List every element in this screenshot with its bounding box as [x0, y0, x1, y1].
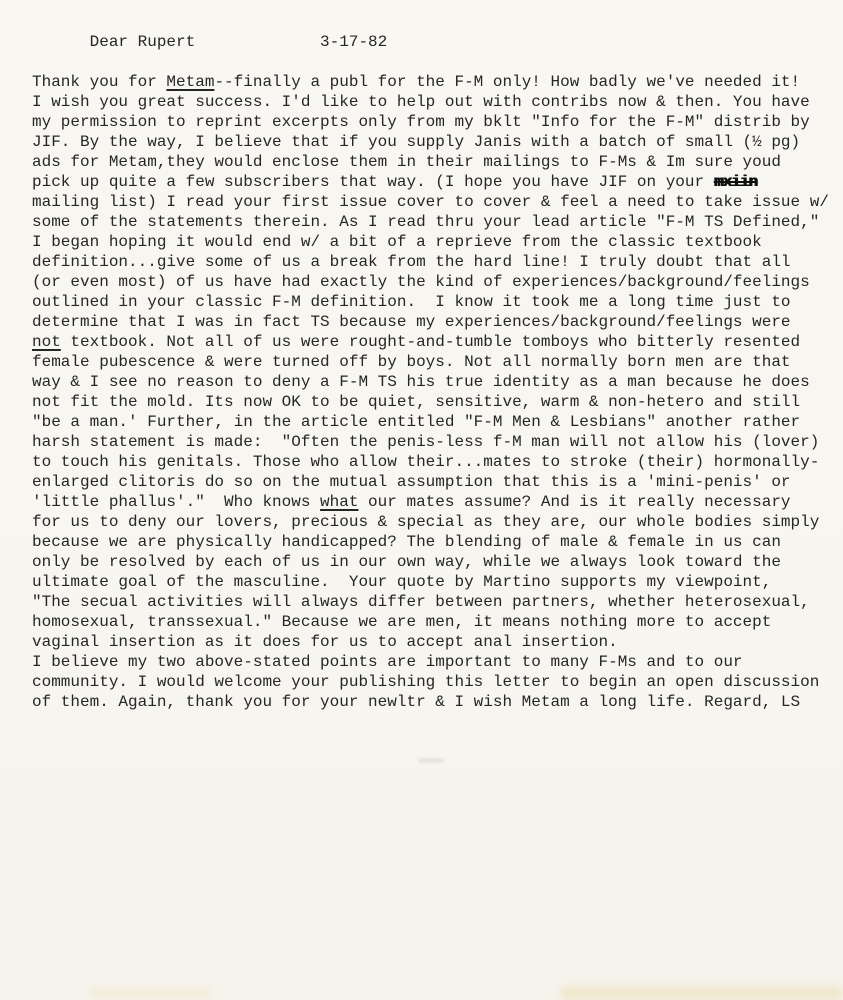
underlined-text: Metam [166, 73, 214, 91]
letter-line: my permission to reprint excerpts only f… [32, 112, 837, 132]
letter-text: JIF. By the way, I believe that if you s… [32, 133, 800, 151]
salutation: Dear Rupert [90, 33, 196, 51]
letter-line: determine that I was in fact TS because … [32, 312, 837, 332]
letter-line: 'little phallus'." Who knows what our ma… [32, 492, 837, 512]
letter-line: only be resolved by each of us in our ow… [32, 552, 837, 572]
letter-text: our mates assume? And is it really neces… [358, 493, 790, 511]
letter-line: because we are physically handicapped? T… [32, 532, 837, 552]
letter-line: community. I would welcome your publishi… [32, 672, 837, 692]
letter-body: Dear Rupert3-17-82 Thank you for Metam--… [32, 12, 837, 712]
letter-text: harsh statement is made: "Often the peni… [32, 433, 819, 451]
letter-text: I began hoping it would end w/ a bit of … [32, 233, 762, 251]
letter-text: some of the statements therein. As I rea… [32, 213, 819, 231]
letter-text: Thank you for [32, 73, 166, 91]
letter-text: not fit the mold. Its now OK to be quiet… [32, 393, 800, 411]
letter-line: to touch his genitals. Those who allow t… [32, 452, 837, 472]
letter-line: "be a man.' Further, in the article enti… [32, 412, 837, 432]
letter-line: for us to deny our lovers, precious & sp… [32, 512, 837, 532]
underlined-text: not [32, 333, 61, 351]
letter-line: I believe my two above-stated points are… [32, 652, 837, 672]
letter-line: homosexual, transsexual." Because we are… [32, 612, 837, 632]
letter-text: for us to deny our lovers, precious & sp… [32, 513, 819, 531]
letter-page: Dear Rupert3-17-82 Thank you for Metam--… [0, 0, 843, 1000]
letter-line: vaginal insertion as it does for us to a… [32, 632, 837, 652]
letter-text: I believe my two above-stated points are… [32, 653, 743, 671]
letter-line: enlarged clitoris do so on the mutual as… [32, 472, 837, 492]
letter-line: ultimate goal of the masculine. Your quo… [32, 572, 837, 592]
letter-text: of them. Again, thank you for your newlt… [32, 693, 800, 711]
letter-text: determine that I was in fact TS because … [32, 313, 791, 331]
letter-text: because we are physically handicapped? T… [32, 533, 781, 551]
letter-line: mailing list) I read your first issue co… [32, 192, 837, 212]
scan-smudge [90, 988, 210, 998]
letter-line: not textbook. Not all of us were rought-… [32, 332, 837, 352]
letter-line: female pubescence & were turned off by b… [32, 352, 837, 372]
letter-text: community. I would welcome your publishi… [32, 673, 819, 691]
letter-line: definition...give some of us a break fro… [32, 252, 837, 272]
letter-line: Thank you for Metam--finally a publ for … [32, 72, 837, 92]
letter-line: not fit the mold. Its now OK to be quiet… [32, 392, 837, 412]
letter-text: to touch his genitals. Those who allow t… [32, 453, 819, 471]
letter-text: pick up quite a few subscribers that way… [32, 173, 714, 191]
letter-text: vaginal insertion as it does for us to a… [32, 633, 618, 651]
letter-text: my permission to reprint excerpts only f… [32, 113, 810, 131]
letter-text: way & I see no reason to deny a F-M TS h… [32, 373, 810, 391]
letter-text: outlined in your classic F-M definition.… [32, 293, 791, 311]
letter-text: "be a man.' Further, in the article enti… [32, 413, 800, 431]
letter-line: JIF. By the way, I believe that if you s… [32, 132, 837, 152]
letter-text: definition...give some of us a break fro… [32, 253, 791, 271]
letter-text: ultimate goal of the masculine. Your quo… [32, 573, 771, 591]
letter-line: of them. Again, thank you for your newlt… [32, 692, 837, 712]
letter-text: "The secual activities will always diffe… [32, 593, 810, 611]
letter-line: I began hoping it would end w/ a bit of … [32, 232, 837, 252]
letter-text: 'little phallus'." Who knows [32, 493, 320, 511]
letter-text: --finally a publ for the F-M only! How b… [214, 73, 800, 91]
letter-text: I wish you great success. I'd like to he… [32, 93, 810, 111]
letter-line: harsh statement is made: "Often the peni… [32, 432, 837, 452]
letter-line: some of the statements therein. As I rea… [32, 212, 837, 232]
letter-line: "The secual activities will always diffe… [32, 592, 837, 612]
scan-smudge [418, 758, 444, 763]
letter-line: outlined in your classic F-M definition.… [32, 292, 837, 312]
letter-text: mailing list) I read your first issue co… [32, 193, 829, 211]
overstruck-text: mxiin [714, 173, 757, 191]
letter-text: enlarged clitoris do so on the mutual as… [32, 473, 791, 491]
letter-line: way & I see no reason to deny a F-M TS h… [32, 372, 837, 392]
letter-text: (or even most) of us have had exactly th… [32, 273, 810, 291]
underlined-text: what [320, 493, 358, 511]
letter-text: only be resolved by each of us in our ow… [32, 553, 781, 571]
letter-line: ads for Metam,they would enclose them in… [32, 152, 837, 172]
letter-text: ads for Metam,they would enclose them in… [32, 153, 781, 171]
letter-text: female pubescence & were turned off by b… [32, 353, 791, 371]
letter-text: textbook. Not all of us were rought-and-… [61, 333, 800, 351]
letter-header-line: Dear Rupert3-17-82 [32, 12, 837, 72]
letter-line: (or even most) of us have had exactly th… [32, 272, 837, 292]
letter-line: pick up quite a few subscribers that way… [32, 172, 837, 192]
letter-text: homosexual, transsexual." Because we are… [32, 613, 771, 631]
letter-line: I wish you great success. I'd like to he… [32, 92, 837, 112]
scan-smudge [560, 986, 843, 1000]
letter-lines: Thank you for Metam--finally a publ for … [32, 72, 837, 712]
letter-date: 3-17-82 [320, 33, 387, 51]
